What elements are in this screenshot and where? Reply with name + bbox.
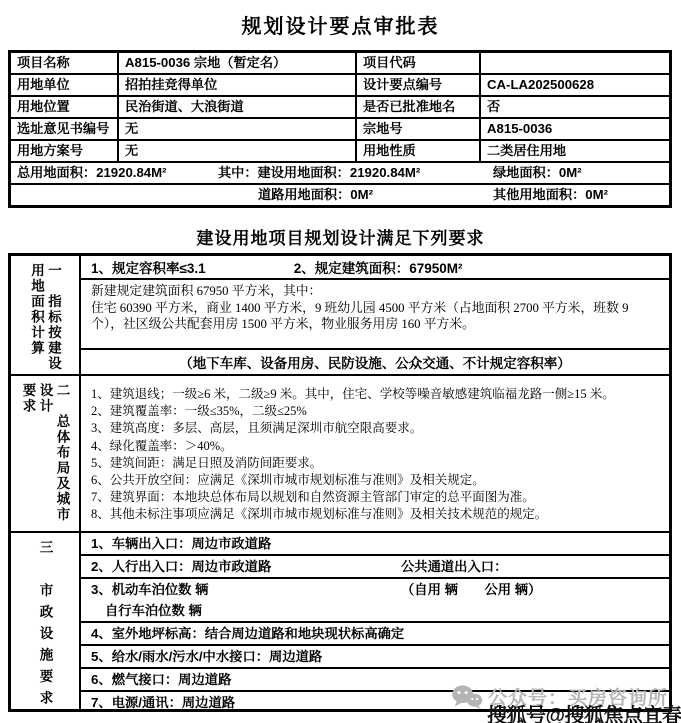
row-text-right: （自用 辆 公用 辆） [401,579,541,601]
vertical-label-line: 一 指标按建设 [45,263,62,372]
total-land-area: 总用地面积：21920.84M² [17,163,167,183]
wechat-icon [451,684,483,710]
other-land-area: 其他用地面积：0M² [493,185,608,205]
row-text: 6、燃气接口：周边道路 [91,669,231,691]
row-text: 3、机动车泊位数 辆 [91,579,208,601]
side-label-layout: 二 总体布局及城市设计 要求 [11,376,81,533]
info-label: 用地性质 [357,141,481,163]
info-label: 用地单位 [11,75,119,97]
vertical-label-line: 用地面积计算 [28,263,45,372]
info-label: 用地位置 [11,97,119,119]
row-text: 7、电源/通讯：周边道路 [91,692,235,714]
sohu-watermark-text: 搜狐号@搜狐焦点宜春站 [487,699,681,723]
info-value: 招拍挂竞得单位 [119,75,357,97]
info-label: 设计要点编号 [357,75,481,97]
section-layout-requirements: 1、建筑退线；一级≥6 米，二级≥9 米。其中，住宅、学校等噪音敏感建筑临福龙路… [81,376,669,533]
requirements-table: 一 指标按建设 用地面积计算 1、规定容积率≤3.1 2、规定建筑面积：6795… [8,253,672,712]
green-land-area: 绿地面积：0M² [493,163,582,183]
municipal-row: 1、车辆出入口：周边市政道路 [81,533,669,556]
building-area-item: 2、规定建筑面积：67950M² [294,257,463,277]
plot-ratio-item: 1、规定容积率≤3.1 [91,257,206,277]
municipal-row: 3、机动车泊位数 辆 （自用 辆 公用 辆） 自行车泊位数 辆 [81,579,669,623]
info-value: A815-0036 [481,119,669,141]
vertical-label-line: 要求 [20,383,37,531]
building-area-detail: 新建规定建筑面积 67950 平方米，其中： 住宅 60390 平方米，商业 1… [81,280,669,350]
side-label-indicators: 一 指标按建设 用地面积计算 [11,256,81,376]
road-land-area: 道路用地面积：0M² [258,185,373,205]
construction-land-area: 其中：建设用地面积：21920.84M² [218,163,420,183]
detail-line: 新建规定建筑面积 67950 平方米，其中： [91,283,659,300]
document-title: 规划设计要点审批表 [0,10,681,39]
vertical-label-line: 三 市政设施要求 [37,540,54,712]
requirement-line: 2、建筑覆盖率：一级≤35%，二级≤25% [91,403,661,420]
info-value [481,53,669,75]
area-summary-row: 道路用地面积：0M² 其他用地面积：0M² [11,185,669,205]
requirement-line: 1、建筑退线；一级≥6 米，二级≥9 米。其中，住宅、学校等噪音敏感建筑临福龙路… [91,386,661,403]
info-value: CA-LA202500628 [481,75,669,97]
requirement-line: 8、其他未标注事项应满足《深圳市城市规划标准与准则》及相关技术规范的规定。 [91,506,661,523]
info-label: 项目代码 [357,53,481,75]
side-label-municipal: 三 市政设施要求 [11,533,81,712]
info-value: 无 [119,119,357,141]
requirement-line: 3、建筑高度：多层、高层，且须满足深圳市航空限高要求。 [91,420,661,437]
info-label: 项目名称 [11,53,119,75]
info-value: A815-0036 宗地（暂定名） [119,53,357,75]
row-text: 5、给水/雨水/污水/中水接口：周边道路 [91,646,322,668]
requirement-line: 7、建筑界面：本地块总体布局以规划和自然资源主管部门审定的总平面图为准。 [91,489,661,506]
info-label: 用地方案号 [11,141,119,163]
municipal-row: 2、人行出入口：周边市政道路 公共通道出入口： [81,556,669,579]
row-text: 1、车辆出入口：周边市政道路 [91,533,271,555]
requirement-line: 6、公共开放空间：应满足《深圳市城市规划标准与准则》及相关规定。 [91,472,661,489]
vertical-label: 三 市政设施要求 [37,540,54,712]
municipal-row: 5、给水/雨水/污水/中水接口：周边道路 [81,646,669,669]
row-text: 4、室外地坪标高：结合周边道路和地块现状标高确定 [91,623,404,645]
vertical-label-line: 二 总体布局及城市设计 [37,383,71,531]
area-summary-row: 总用地面积：21920.84M² 其中：建设用地面积：21920.84M² 绿地… [11,163,669,185]
info-value: 无 [119,141,357,163]
vertical-label: 二 总体布局及城市设计 要求 [20,383,71,531]
section-indicators: 1、规定容积率≤3.1 2、规定建筑面积：67950M² 新建规定建筑面积 67… [81,256,669,376]
requirement-line: 4、绿化覆盖率：＞40%。 [91,438,661,455]
info-label: 宗地号 [357,119,481,141]
info-value: 否 [481,97,669,119]
info-label: 选址意见书编号 [11,119,119,141]
detail-paragraph: 住宅 60390 平方米，商业 1400 平方米，9 班幼儿园 4500 平方米… [91,300,659,333]
row-text-right: 公共通道出入口： [401,556,507,578]
plot-ratio-row: 1、规定容积率≤3.1 2、规定建筑面积：67950M² [81,256,669,280]
info-value: 二类居住用地 [481,141,669,163]
section-title: 建设用地项目规划设计满足下列要求 [0,224,681,249]
info-label: 是否已批准地名 [357,97,481,119]
requirement-line: 5、建筑间距：满足日照及消防间距要求。 [91,455,661,472]
municipal-row: 4、室外地坪标高：结合周边道路和地块现状标高确定 [81,623,669,646]
row-text: 2、人行出入口：周边市政道路 [91,556,271,578]
approval-form-document: 规划设计要点审批表 项目名称 A815-0036 宗地（暂定名） 项目代码 用地… [0,0,681,723]
vertical-label: 一 指标按建设 用地面积计算 [28,263,62,372]
project-info-table: 项目名称 A815-0036 宗地（暂定名） 项目代码 用地单位 招拍挂竞得单位… [8,50,672,208]
row-text-line2: 自行车泊位数 辆 [105,600,202,622]
exclusion-note: （地下车库、设备用房、民防设施、公众交通、不计规定容积率） [81,350,669,374]
info-value: 民治街道、大浪街道 [119,97,357,119]
